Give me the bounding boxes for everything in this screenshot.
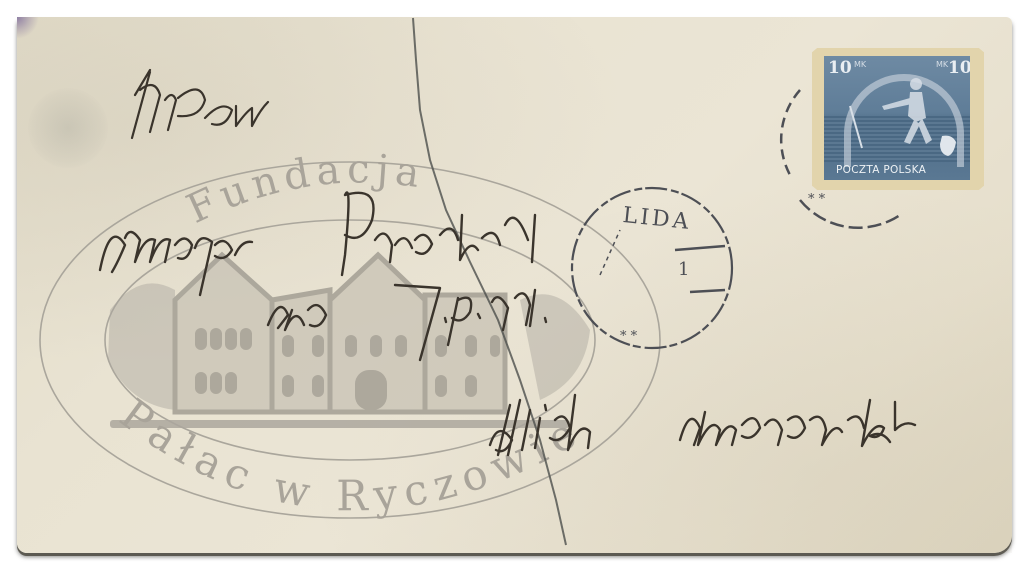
salutation-script [132, 70, 268, 138]
line-unit-script [268, 285, 546, 360]
line-major-piasecki-script [100, 193, 535, 296]
handwritten-address [0, 0, 1024, 572]
line-city-script [490, 395, 915, 455]
